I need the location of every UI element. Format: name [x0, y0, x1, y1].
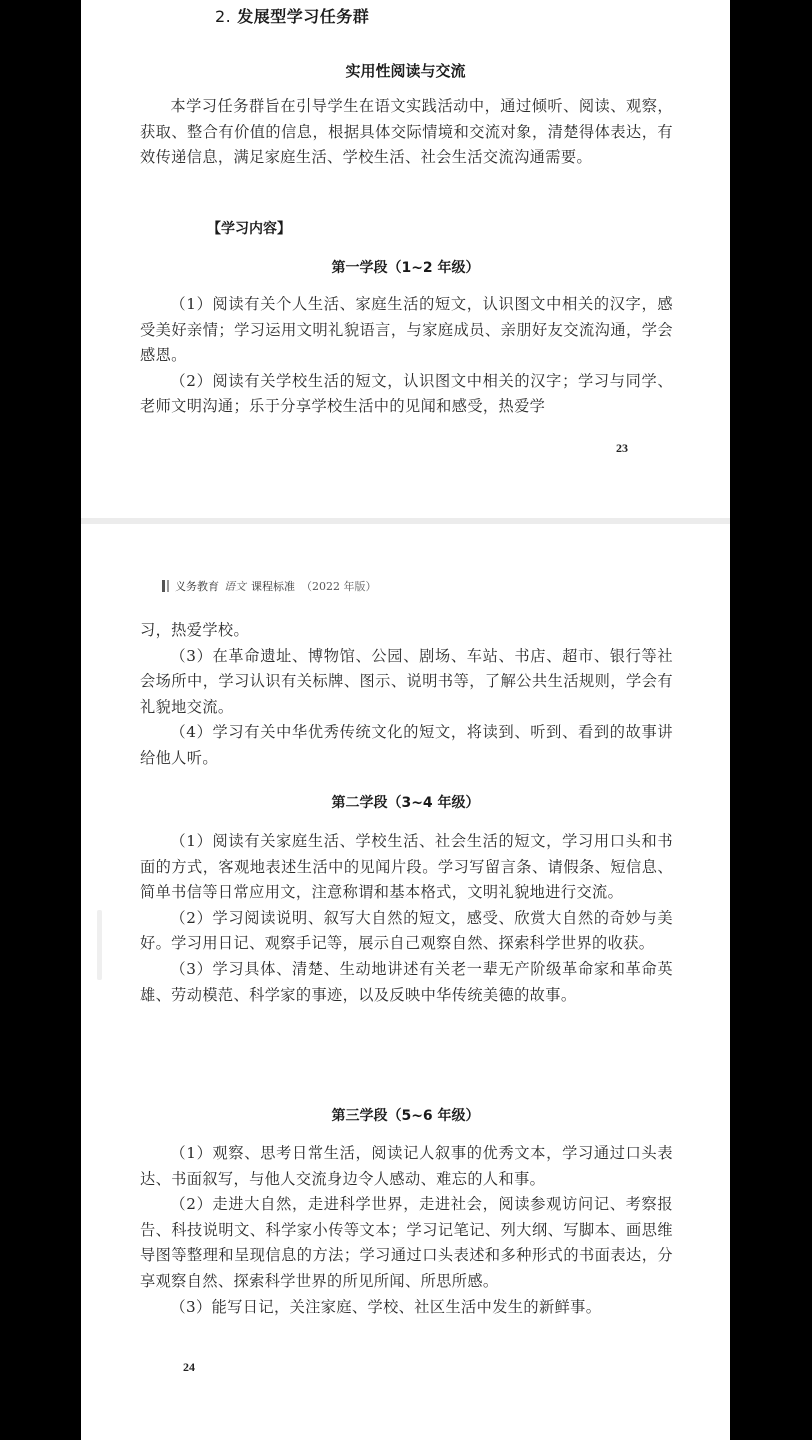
stage3-title: 第三学段（5~6 年级） — [81, 1105, 730, 1125]
header-marker-icon — [162, 580, 169, 592]
stage2-items: （1）阅读有关家庭生活、学校生活、社会生活的短文，学习用口头和书面的方式，客观地… — [140, 829, 673, 1008]
section-heading: 2.发展型学习任务群 — [215, 4, 369, 27]
running-head-subject: 语文 — [224, 578, 246, 594]
list-item: （1）阅读有关个人生活、家庭生活的短文，认识图文中相关的汉字，感受美好亲情；学习… — [140, 292, 673, 369]
stage2-title: 第二学段（3~4 年级） — [81, 792, 730, 812]
page-number: 23 — [616, 441, 628, 456]
list-item: （2）学习阅读说明、叙写大自然的短文，感受、欣赏大自然的奇妙与美好。学习用日记、… — [140, 906, 673, 957]
task-group-title: 实用性阅读与交流 — [81, 60, 730, 81]
stage3-items: （1）观察、思考日常生活，阅读记人叙事的优秀文本，学习通过口头表达、书面叙写，与… — [140, 1141, 673, 1320]
list-item: （3）在革命遗址、博物馆、公园、剧场、车站、书店、超市、银行等社会场所中，学习认… — [140, 644, 673, 721]
continued-text: 习，热爱学校。 — [140, 618, 673, 644]
list-item: （2）走进大自然，走进科学世界，走进社会，阅读参观访问记、考察报告、科技说明文、… — [140, 1192, 673, 1294]
stage1-items: （1）阅读有关个人生活、家庭生活的短文，认识图文中相关的汉字，感受美好亲情；学习… — [140, 292, 673, 420]
learning-content-heading: 【学习内容】 — [207, 218, 291, 238]
list-item: （3）能写日记，关注家庭、学校、社区生活中发生的新鲜事。 — [140, 1295, 673, 1321]
list-item: （1）观察、思考日常生活，阅读记人叙事的优秀文本，学习通过口头表达、书面叙写，与… — [140, 1141, 673, 1192]
list-item: （4）学习有关中华优秀传统文化的短文，将读到、听到、看到的故事讲给他人听。 — [140, 720, 673, 771]
intro-paragraph: 本学习任务群旨在引导学生在语文实践活动中，通过倾听、阅读、观察，获取、整合有价值… — [140, 94, 673, 171]
list-item: （3）学习具体、清楚、生动地讲述有关老一辈无产阶级革命家和革命英雄、劳动模范、科… — [140, 957, 673, 1008]
running-head-part3: 课程标准 — [251, 578, 295, 594]
section-number: 2. — [215, 7, 231, 26]
intro-block: 本学习任务群旨在引导学生在语文实践活动中，通过倾听、阅读、观察，获取、整合有价值… — [140, 94, 673, 171]
list-item: （2）阅读有关学校生活的短文，认识图文中相关的汉字；学习与同学、老师文明沟通；乐… — [140, 369, 673, 420]
running-head-edition: （2022 年版） — [301, 578, 377, 594]
document-viewer[interactable]: 2.发展型学习任务群 实用性阅读与交流 本学习任务群旨在引导学生在语文实践活动中… — [81, 0, 730, 1440]
page-24: 义务教育 语文 课程标准 （2022 年版） 习，热爱学校。 （3）在革命遗址、… — [81, 524, 730, 1440]
page-number: 24 — [183, 1360, 195, 1375]
list-item: （1）阅读有关家庭生活、学校生活、社会生活的短文，学习用口头和书面的方式，客观地… — [140, 829, 673, 906]
stage1-title: 第一学段（1~2 年级） — [81, 257, 730, 277]
page-23: 2.发展型学习任务群 实用性阅读与交流 本学习任务群旨在引导学生在语文实践活动中… — [81, 0, 730, 518]
scroll-indicator[interactable] — [97, 910, 102, 980]
stage1-items-continued: 习，热爱学校。 （3）在革命遗址、博物馆、公园、剧场、车站、书店、超市、银行等社… — [140, 618, 673, 772]
running-head-part1: 义务教育 — [175, 578, 219, 594]
running-head: 义务教育 语文 课程标准 （2022 年版） — [162, 578, 377, 594]
section-title: 发展型学习任务群 — [237, 7, 369, 26]
